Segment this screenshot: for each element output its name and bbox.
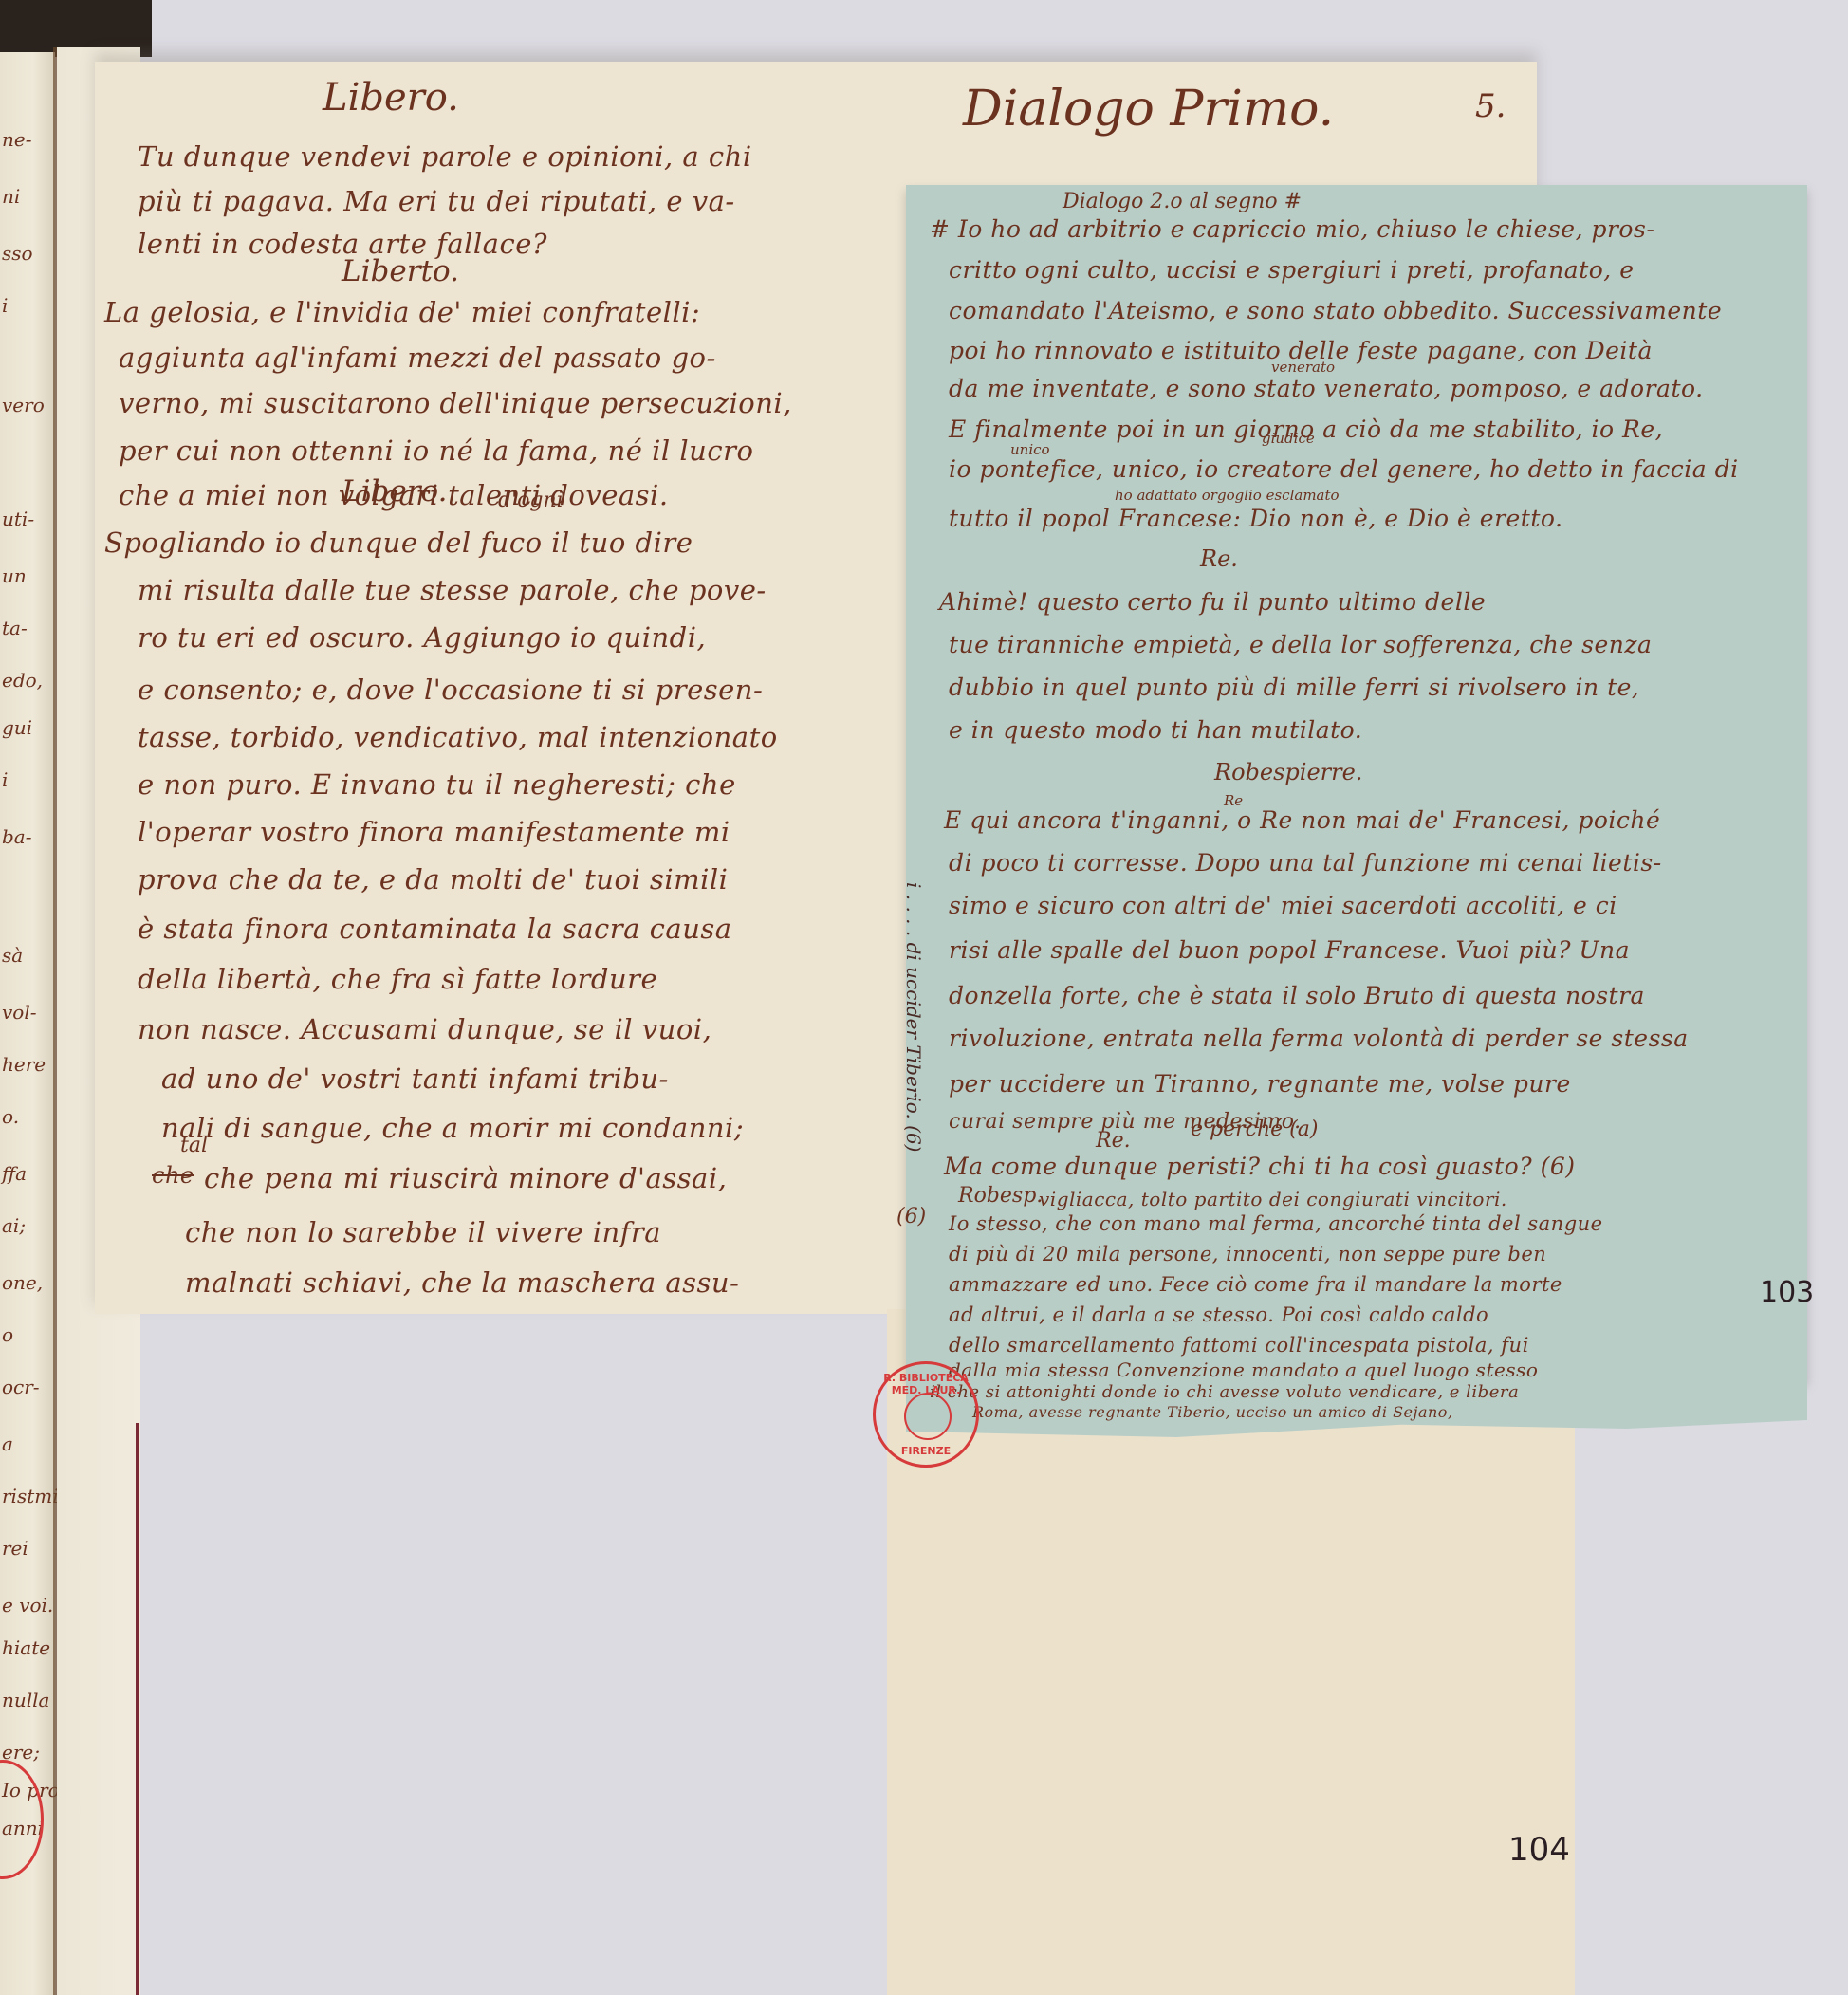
prev-fragment: uti- [2,508,34,530]
text-line: è stata finora contaminata la sacra caus… [138,913,732,945]
slip-line: # Io ho ad arbitrio e capriccio mio, chi… [930,215,1654,243]
slip-heading: Dialogo 2.o al segno # [1063,190,1302,213]
text-line: malnati schiavi, che la maschera assu- [185,1266,739,1299]
library-stamp: R. BIBLIOTECA MED. LAUR. FIRENZE [873,1361,979,1468]
speaker-label: Libero. [342,474,447,508]
interlinear-insert: ho adattato orgoglio esclamato [1115,487,1340,504]
text-line: verno, mi suscitarono dell'inique persec… [119,387,792,419]
slip-line: dello smarcellamento fattomi coll'incesp… [949,1334,1529,1357]
slip-line: Ma come dunque peristi? chi ti ha così g… [944,1153,1575,1180]
text-line: non nasce. Accusami dunque, se il vuoi, [138,1013,711,1045]
prev-fragment: ristmi [2,1485,59,1507]
slip-line: comandato l'Ateismo, e sono stato obbedi… [949,297,1722,324]
prev-fragment: vero [2,394,45,416]
prev-fragment: one, [2,1271,43,1294]
page-title: Dialogo Primo. [963,81,1334,138]
margin-reference: (6) [896,1205,926,1228]
text-line: più ti pagava. Ma eri tu dei riputati, e… [138,185,735,217]
slip-line: e in questo modo ti han mutilato. [949,716,1362,744]
previous-page-strip: ne- ni sso i vero uti- un ta- edo, gui i… [0,52,55,1995]
interlinear-insert: giudice [1262,430,1315,447]
text-line: ro tu eri ed oscuro. Aggiungo io quindi, [138,621,706,654]
pasted-slip-lower: curai sempre più me medesimo. Re. e perc… [906,1110,1807,1385]
prev-fragment: ni [2,185,20,208]
interlinear-insert: d'ogni [498,489,564,512]
folio-number-103: 103 [1760,1276,1814,1309]
vertical-margin-note: i . . . . di uccider Tiberio. (6) [902,882,925,1152]
slip-line: Io stesso, che con mano mal ferma, ancor… [949,1212,1603,1235]
prev-fragment: ta- [2,617,28,639]
speaker-label: Robespierre. [1214,759,1362,785]
slip-line: tutto il popol Francese: Dio non è, e Di… [949,505,1562,532]
prev-fragment: here [2,1053,46,1076]
slip-line: io pontefice, unico, io creatore del gen… [949,455,1739,483]
slip-line: di più di 20 mila persone, innocenti, no… [949,1243,1546,1265]
prev-fragment: o. [2,1105,19,1128]
text-line: che pena mi riuscirà minore d'assai, [204,1162,727,1194]
prev-fragment: nulla [2,1689,49,1711]
text-line: Spogliando io dunque del fuco il tuo dir… [104,526,693,559]
text-line: e non puro. E invano tu il negheresti; c… [138,768,736,801]
slip-line: vigliacca, tolto partito dei congiurati … [1039,1188,1507,1210]
prev-fragment: sso [2,242,33,265]
text-line: prova che da te, e da molti de' tuoi sim… [138,863,728,896]
text-line: ad uno de' vostri tanti infami tribu- [161,1062,669,1095]
struck-word: che [152,1162,194,1189]
slip-line: simo e sicuro con altri de' miei sacerdo… [949,892,1617,919]
text-line: La gelosia, e l'invidia de' miei confrat… [104,296,700,328]
text-line: tasse, torbido, vendicativo, mal intenzi… [138,721,778,753]
speaker-label: Re. [1200,545,1238,572]
text-line: aggiunta agl'infami mezzi del passato go… [119,342,716,374]
slip-line: dalla mia stessa Convenzione mandato a q… [949,1358,1538,1381]
text-line: Tu dunque vendevi parole e opinioni, a c… [138,140,752,173]
prev-fragment: ba- [2,825,31,848]
prev-fragment: o [2,1323,13,1346]
speaker-heading-libero: Libero. [323,76,459,120]
text-line: l'operar vostro finora manifestamente mi [138,816,730,848]
slip-line: da me inventate, e sono stato venerato, … [949,375,1704,402]
prev-fragment: rei [2,1537,28,1560]
slip-line: di poco ti corresse. Dopo una tal funzio… [949,849,1662,877]
slip-line: E qui ancora t'inganni, o Re non mai de'… [944,806,1660,834]
text-line: della libertà, che fra sì fatte lordure [138,963,657,995]
slip-line: risi alle spalle del buon popol Francese… [949,936,1630,964]
prev-fragment: gui [2,716,32,739]
prev-fragment: un [2,564,27,587]
prev-fragment: ai; [2,1214,26,1237]
slip-line: Ahimè! questo certo fu il punto ultimo d… [939,588,1486,616]
speaker-label: Liberto. [342,254,459,288]
prev-fragment: vol- [2,1001,37,1024]
stub-edge [136,1423,139,1995]
speaker-label: Robesp. [958,1184,1043,1208]
slip-line: per uccidere un Tiranno, regnante me, vo… [949,1070,1571,1098]
prev-fragment: a [2,1432,13,1455]
prev-fragment: edo, [2,669,43,692]
text-line: che non lo sarebbe il vivere infra [185,1216,661,1248]
slip-line: ad altrui, e il darla a se stesso. Poi c… [949,1303,1488,1326]
slip-line: il che si attonighti donde io chi avesse… [930,1382,1519,1402]
interlinear-insert: e perché (a) [1191,1118,1318,1141]
folio-mark: 5. [1475,87,1506,125]
interlinear-insert: venerato [1271,359,1335,376]
stamp-text-bottom: FIRENZE [876,1445,976,1457]
text-line: nali di sangue, che a morir mi condanni; [161,1112,744,1144]
slip-line: dubbio in quel punto più di mille ferri … [949,674,1639,701]
prev-fragment: hiate [2,1636,50,1659]
prev-fragment: ffa [2,1162,27,1185]
slip-line: critto ogni culto, uccisi e spergiuri i … [949,256,1635,284]
speaker-label: Re. [1096,1129,1131,1153]
prev-fragment: ne- [2,128,31,151]
prev-fragment: e voi. [2,1594,53,1616]
stamp-emblem-icon [904,1393,952,1440]
slip-line: rivoluzione, entrata nella ferma volontà… [949,1025,1689,1052]
interlinear-insert: tal [180,1134,208,1157]
text-line: per cui non ottenni io né la fama, né il… [119,434,753,467]
slip-line: Roma, avesse regnante Tiberio, ucciso un… [972,1403,1453,1421]
prev-fragment: i [2,768,8,791]
slip-line: tue tiranniche empietà, e della lor soff… [949,631,1652,658]
prev-fragment: i [2,294,8,317]
prev-fragment: ocr- [2,1376,40,1398]
text-line: e consento; e, dove l'occasione ti si pr… [138,674,763,706]
text-line: mi risulta dalle tue stesse parole, che … [138,574,767,606]
folio-number-104: 104 [1508,1831,1570,1869]
slip-line: ammazzare ed uno. Fece ciò come fra il m… [949,1273,1562,1296]
prev-fragment: sà [2,944,23,967]
slip-line: donzella forte, che è stata il solo Brut… [949,982,1645,1009]
